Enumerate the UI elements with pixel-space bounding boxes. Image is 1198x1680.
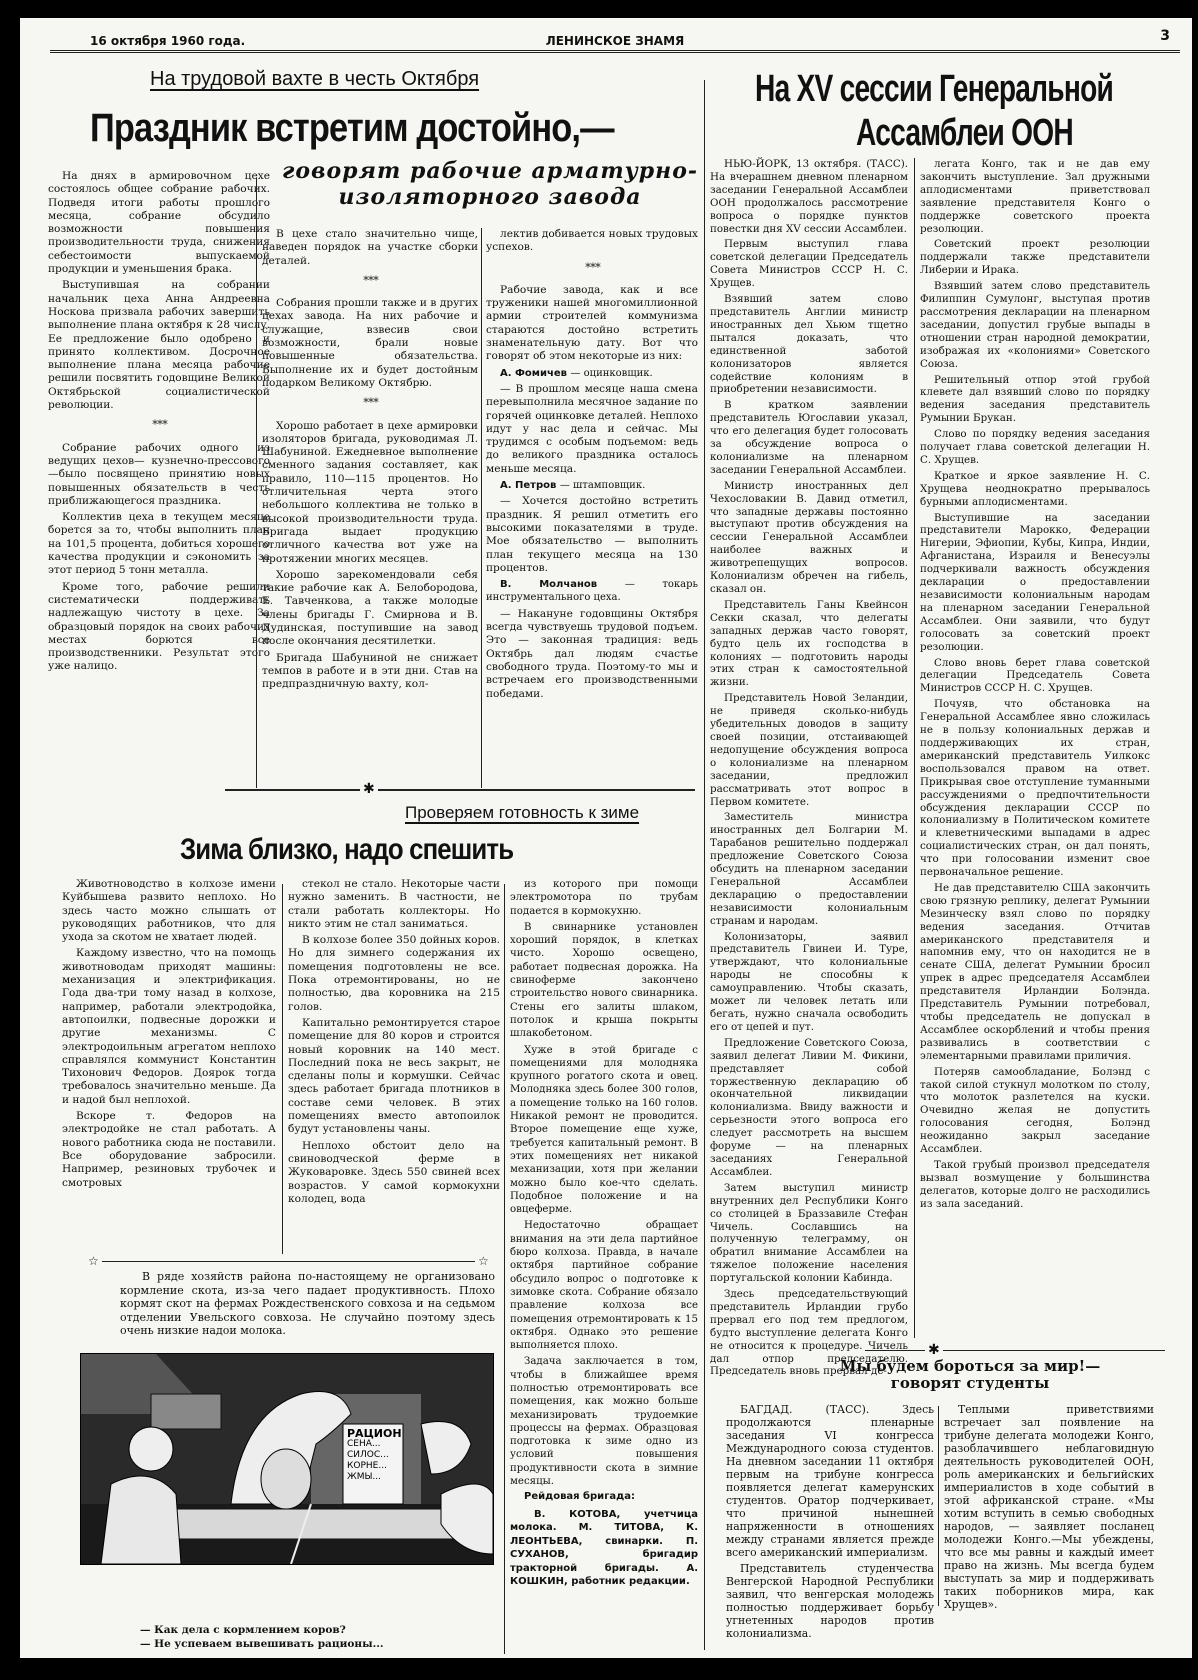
paragraph: Представитель студенчества Венгерской На… — [726, 1562, 934, 1640]
section-divider — [225, 789, 695, 791]
newspaper-title: ЛЕНИНСКОЕ ЗНАМЯ — [50, 34, 1180, 48]
ration-sign-title: РАЦИОН — [347, 1428, 403, 1439]
winter-column-3: из которого при помощи электромотора по … — [510, 878, 698, 1589]
ration-sign: РАЦИОН СЕНА... СИЛОС... КОРНЕ... ЖМЫ... — [347, 1428, 403, 1483]
quote-author-role: — штамповщик. — [560, 480, 645, 491]
un-column-1: НЬЮ-ЙОРК, 13 октября. (ТАСС). На вчерашн… — [710, 158, 908, 1378]
caption-line-1: — Как дела с кормлением коров? — [140, 1623, 384, 1637]
subheadline-line-1: говорят рабочие арматурно- — [270, 158, 710, 184]
paragraph: из которого при помощи электромотора по … — [510, 878, 698, 918]
raid-brigade-members: В. КОТОВА, учетчица молока. М. ТИТОВА, К… — [510, 1508, 698, 1589]
students-column-2: Теплыми приветствиями встречает зал появ… — [944, 1403, 1154, 1611]
factory-subheadline: говорят рабочие арматурно- изоляторного … — [270, 158, 710, 210]
column-rule — [481, 228, 482, 788]
paragraph: Неплохо обстоит дело на свиноводческой ф… — [288, 1140, 500, 1206]
paragraph: Коллектив цеха в текущем месяце борется … — [48, 511, 270, 577]
section-separator: * * * — [262, 274, 478, 287]
paragraph: Советский проект резолюции поддержали та… — [920, 238, 1150, 277]
students-column-1: БАГДАД. (ТАСС). Здесь продолжаются плена… — [726, 1403, 934, 1640]
column-rule — [504, 884, 505, 1654]
factory-column-1: На днях в армировочном цехе состоялось о… — [48, 170, 270, 674]
divider-ornament-icon: ✱ — [360, 782, 378, 796]
paragraph: Вскоре т. Федоров на электродойке не ста… — [62, 1110, 276, 1190]
paragraph: Хорошо зарекомендовали себя такие рабочи… — [262, 569, 478, 649]
ration-sign-line: ЖМЫ... — [347, 1472, 403, 1483]
winter-headline: Зима близко, надо спешить — [180, 833, 513, 867]
paragraph: Взявший затем слово представитель Англии… — [710, 293, 908, 396]
un-column-2: легата Конго, так и не дав ему закончить… — [920, 158, 1150, 1211]
paragraph: Предложение Советского Союза, заявил дел… — [710, 1037, 908, 1179]
paragraph: Бригада Шабуниной не снижает темпов в ра… — [262, 652, 478, 692]
students-headline: Мы будем бороться за мир!— говорят студе… — [780, 1358, 1160, 1392]
students-headline-line-2: говорят студенты — [780, 1375, 1160, 1392]
divider-ornament-icon: ✱ — [925, 1343, 943, 1357]
quote-author-role: — оцинковщик. — [570, 368, 652, 379]
paragraph: Хуже в этой бригаде с помещениями для мо… — [510, 1044, 698, 1217]
paragraph: Не дав представителю США закончить свою … — [920, 882, 1150, 1063]
quote-author-name: А. Петров — [500, 480, 556, 491]
quote-author-name: В. Молчанов — [500, 579, 597, 590]
winter-kicker: Проверяем готовность к зиме — [405, 803, 639, 823]
paragraph: Слово по порядку ведения заседания получ… — [920, 428, 1150, 467]
star-ornament-icon: ☆ — [85, 1254, 102, 1268]
section-separator: * * * — [486, 261, 698, 274]
cartoon-intro: В ряде хозяйств района по-настоящему не … — [120, 1270, 495, 1338]
paragraph: лектив добивается новых трудовых успехов… — [486, 228, 698, 255]
cartoon-drawing-icon — [81, 1354, 493, 1564]
quote-author: А. Фомичев — оцинковщик. — [486, 367, 698, 380]
cartoon-divider — [100, 1261, 485, 1262]
paragraph: Недостаточно обращает внимания на эти де… — [510, 1219, 698, 1352]
paragraph: Собрания прошли также и в других цехах з… — [262, 297, 478, 390]
paragraph: Животноводство в колхозе имени Куйбышева… — [62, 878, 276, 944]
paragraph: Почуяв, что обстановка на Генеральной Ас… — [920, 698, 1150, 879]
factory-headline: Праздник встретим достойно,— — [90, 106, 614, 150]
factory-kicker: На трудовой вахте в честь Октября — [150, 68, 479, 91]
un-headline-line-2: Ассамблеи ООН — [856, 112, 1073, 154]
paragraph: В кратком заявлении представитель Югосла… — [710, 399, 908, 476]
quote-author-name: А. Фомичев — [500, 368, 567, 379]
paragraph: Колонизаторы, заявил представитель Гвине… — [710, 931, 908, 1034]
paragraph: Выступившая на собрании начальник цеха А… — [48, 279, 270, 412]
paragraph: В колхозе более 350 дойных коров. Но для… — [288, 934, 500, 1014]
paragraph: легата Конго, так и не дав ему закончить… — [920, 158, 1150, 235]
section-separator: * * * — [48, 418, 270, 431]
column-rule — [938, 1406, 939, 1606]
paragraph: На днях в армировочном цехе состоялось о… — [48, 170, 270, 276]
paragraph: Каждому известно, что на помощь животнов… — [62, 947, 276, 1107]
paragraph: Краткое и яркое заявление Н. С. Хрущева … — [920, 470, 1150, 509]
factory-column-2: В цехе стало значительно чище, наведен п… — [262, 228, 478, 692]
paragraph: Затем выступил министр внутренних дел Ре… — [710, 1182, 908, 1285]
ration-sign-line: СИЛОС... — [347, 1450, 403, 1461]
paragraph: Потеряв самообладание, Болэнд с такой си… — [920, 1066, 1150, 1156]
paragraph: Хорошо работает в цехе армировки изолято… — [262, 420, 478, 566]
section-divider — [865, 1350, 1165, 1351]
cartoon-caption: — Как дела с кормлением коров? — Не успе… — [140, 1623, 384, 1651]
quote-text: — Накануне годовщины Октября всегда чувс… — [486, 608, 698, 701]
ration-sign-line: СЕНА... — [347, 1439, 403, 1450]
winter-column-2: стекол не стало. Некоторые части нужно з… — [288, 878, 500, 1206]
subheadline-line-2: изоляторного завода — [270, 184, 710, 210]
column-rule — [704, 80, 705, 1650]
quote-text: — В прошлом месяце наша смена перевыполн… — [486, 383, 698, 476]
paragraph: Капитально ремонтируется старое помещени… — [288, 1017, 500, 1137]
paragraph: НЬЮ-ЙОРК, 13 октября. (ТАСС). На вчерашн… — [710, 158, 908, 235]
paragraph: Кроме того, рабочие решили систематическ… — [48, 581, 270, 674]
paragraph: Задача заключается в том, чтобы в ближай… — [510, 1355, 698, 1488]
students-headline-line-1: Мы будем бороться за мир!— — [780, 1358, 1160, 1375]
paragraph: В свинарнике установлен хороший порядок,… — [510, 921, 698, 1041]
caption-line-2: — Не успеваем вывешивать рационы... — [140, 1637, 384, 1651]
paragraph: Слово вновь берет глава советской делега… — [920, 657, 1150, 696]
paragraph: Первым выступил глава советской делегаци… — [710, 238, 908, 290]
paragraph: стекол не стало. Некоторые части нужно з… — [288, 878, 500, 931]
page-number: 3 — [1160, 28, 1170, 44]
raid-brigade-label: Рейдовая бригада: — [510, 1490, 698, 1504]
paragraph: БАГДАД. (ТАСС). Здесь продолжаются плена… — [726, 1403, 934, 1559]
paragraph: Взявший затем слово представитель Филипп… — [920, 280, 1150, 370]
un-headline-line-1: На XV сессии Генеральной — [755, 68, 1113, 110]
section-separator: * * * — [262, 396, 478, 409]
factory-column-3: лектив добивается новых трудовых успехов… — [486, 228, 698, 701]
paragraph: Решительный отпор этой грубой клевете да… — [920, 374, 1150, 426]
paragraph: Министр иностранных дел Чехословакии В. … — [710, 480, 908, 596]
paragraph: Представитель Новой Зеландии, не приведя… — [710, 692, 908, 808]
paragraph: Такой грубый произвол председателя вызва… — [920, 1159, 1150, 1211]
star-ornament-icon: ☆ — [475, 1254, 492, 1268]
paragraph: Выступившие на заседании представители М… — [920, 512, 1150, 654]
paragraph: Рабочие завода, как и все труженики наше… — [486, 284, 698, 364]
column-rule — [282, 884, 283, 1254]
paragraph: Теплыми приветствиями встречает зал появ… — [944, 1403, 1154, 1611]
winter-column-1: Животноводство в колхозе имени Куйбышева… — [62, 878, 276, 1190]
paragraph: Собрание рабочих одного из ведущих цехов… — [48, 442, 270, 508]
column-rule — [914, 158, 915, 1338]
quote-author: А. Петров — штамповщик. — [486, 479, 698, 492]
paragraph: В ряде хозяйств района по-настоящему не … — [120, 1270, 495, 1338]
paragraph: Заместитель министра иностранных дел Бол… — [710, 811, 908, 927]
paragraph: Представитель Ганы Квейнсон Секки сказал… — [710, 599, 908, 689]
masthead: 16 октября 1960 года. ЛЕНИНСКОЕ ЗНАМЯ 3 — [50, 26, 1180, 53]
quote-author: В. Молчанов — токарь инструментального ц… — [486, 578, 698, 605]
ration-sign-line: КОРНЕ... — [347, 1461, 403, 1472]
quote-text: — Хочется достойно встретить праздник. Я… — [486, 495, 698, 575]
newspaper-page: 16 октября 1960 года. ЛЕНИНСКОЕ ЗНАМЯ 3 … — [20, 18, 1192, 1658]
paragraph: В цехе стало значительно чище, наведен п… — [262, 228, 478, 268]
cartoon-illustration: РАЦИОН СЕНА... СИЛОС... КОРНЕ... ЖМЫ... — [80, 1353, 494, 1565]
column-rule — [256, 178, 257, 788]
